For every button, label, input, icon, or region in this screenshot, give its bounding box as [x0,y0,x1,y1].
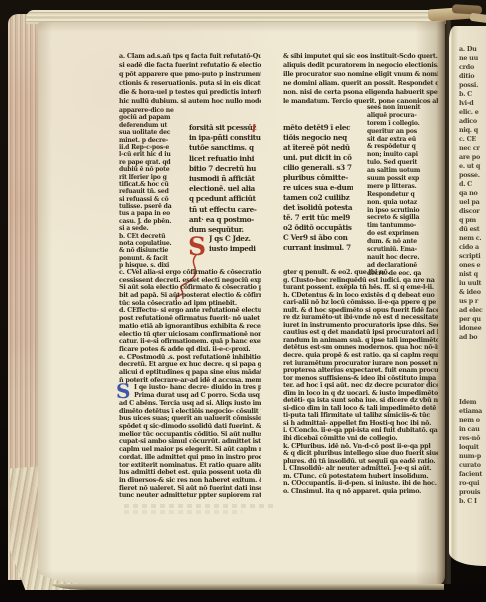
text-line: bit ad papā. Si aūt posterat electio & c… [119,292,261,300]
facing-page-text-top: a. Dune uucrdoditiopossi.b. Clvi-delic. … [459,45,486,342]
text-line: tutōe sanctims. q [189,143,261,153]
text-line: o2 ōditō occupātis [283,223,353,233]
text-line: dubiū ē nō pote [119,166,181,173]
text-line: alicui d eptitudines q papa sine eius mā… [119,369,261,377]
text-line: torem ī collegio. [367,120,431,128]
text-line: ones e [459,261,486,270]
text-line: randum in animam suā. q ipse tali impedi… [283,337,438,345]
text-line: plures. dū tñ insolidū. ut sequiī qa ead… [283,458,438,466]
text-line: rit lferier ipo g [119,174,181,181]
text-line: propterea alterius expectaret. fuit enam… [283,367,438,375]
text-line: iuret in instrumento procuratoris ipse d… [283,322,438,330]
text-line: etiama [459,407,486,416]
text-line: re dz iuramēto-ut ibi-vnde nō est d nece… [283,314,438,322]
text-line: num-p [459,452,486,461]
text-line: lvi-d [459,99,486,108]
text-line: tulo. Sed querit [367,159,431,167]
left-column-bottom-text-a: c. CVel alia-si ergo cōfirmatio & cōsecr… [119,269,261,384]
text-line: crdo [459,63,486,72]
text-line: tamen co2 cuilibz [283,193,353,203]
text-line: tus a papa in eo [119,210,181,217]
text-line: I qe iusto- hanc decre- diuido in tres p… [134,384,261,392]
text-line: ditio [459,72,486,81]
text-line: matio etiā ab ignorantibus exhibita & re… [119,323,261,331]
text-line: spōdet q sic-dimodo ssolidū dati fuerint… [119,423,261,431]
text-line: facient [459,470,486,479]
text-line: an saltim uotum [367,167,431,175]
text-line: b. C I [459,497,486,506]
text-line: aliquis dedit pcuratorem in negocio elec… [283,61,438,70]
text-line: bitio 7 decretū hu [189,164,261,174]
left-column-textus: forsitā sit pcessūzin ipa-pñti constitut… [189,123,261,235]
text-line: tim tantummo- [367,222,431,230]
right-column-textus: mēto detēt9 ī electiōis negocio neqat īt… [283,123,353,253]
text-line: & ideo [459,288,486,297]
text-line: cautius est q det mandatū ipsi procurato… [283,329,438,337]
left-column-bottom-text-indented: I qe iusto- hanc decre- diuido in tres p… [134,384,261,399]
text-line: electio tū qter uiciosam confirmationē n… [119,331,261,339]
text-line: tificat.& hoc cū [119,181,181,188]
left-column-textus-tail: J qs C Jdez.iusto impedi [209,234,263,254]
text-line: ne uu [459,54,486,63]
text-line: sees non inuenit [367,104,431,112]
text-line: ad elec [459,306,486,315]
right-column-bottom-text: gter q penult. & eo2. que ibi nō.g. CIus… [283,269,438,495]
text-line: cordat. ille admittet qui pmo in instro … [119,454,261,462]
text-line: b. C [459,90,486,99]
text-line: n. COccupantis. ii-d-pen. si iniuste. ib… [283,480,438,488]
text-line: c. CE [459,135,486,144]
text-line: us p r [459,297,486,306]
text-line: l-cū erit hic d iu [119,151,181,158]
text-line: melior tūc occupantis cōditio. Si aūt nu… [119,431,261,439]
text-line: nec cr [459,144,486,153]
text-line: tor menos suffisiens-& ideo ibi cōstitut… [283,375,438,383]
text-line: curato [459,461,486,470]
text-line: do est exprimen [367,230,431,238]
text-line: post refutationē ofirmatus fuerit- nō ua… [119,315,261,323]
text-line: tñ ut effectu care- [189,205,261,215]
text-line: deferendum ut [119,122,181,129]
text-line: tūc sola cōsecratio ad ipm ptinebit. [119,300,261,308]
text-line: qa no [459,189,486,198]
text-line: licet refuatio inhi [189,154,261,164]
text-line: tē. 7 erit tūc mel9 [283,213,353,223]
text-line: posse. [459,171,486,180]
text-line: q pm [459,216,486,225]
text-line: c. CVel alia-si ergo cōfirmatio & cōsecr… [119,269,261,277]
text-line: decretū. Et argue ex huc decre. q si pap… [119,361,261,369]
text-line: d. C [459,180,486,189]
text-line: si h admittaī- appellet fm Hosti-q hoc i… [283,420,438,428]
text-line: C Ver9 si ābo con [283,233,353,243]
text-line: in cau [459,425,486,434]
text-line: si-dico dīm in tali loco & tali impedimē… [283,405,438,413]
text-line: dīm in loco in q dz uocari. & iusto impe… [283,390,438,398]
text-line: suum possit exp [367,175,431,183]
text-line: & q dicit pluribus intellego siue duo fu… [283,450,438,458]
text-line: ficare potes & adde qd dixi. ii-e-c-prox… [119,346,261,354]
text-line: Si aūt sola electio cōfirmato & cōsecrat… [119,284,261,292]
text-line: nem c. [459,234,486,243]
text-line: casu. J. de pbēn. [119,218,181,225]
text-line: Respondetur q [367,191,431,199]
text-line: dū est [459,225,486,234]
text-line: dum. & nō ante [367,238,431,246]
text-line: ii.d Rep-c-pos-e [119,144,181,151]
right-column-top-text: & sibi imputet qui sic eos instituit-Scd… [283,52,438,106]
text-line: fieret nō ualeret. Si aūt nō fuerint dat… [119,485,261,493]
text-line: elic. e [459,108,486,117]
text-line: non. nisi de certa psona eligenda habuer… [283,88,438,97]
text-line: tiōis negocio neq [283,133,353,143]
text-line: loquit [459,443,486,452]
text-line: scripti [459,252,486,261]
text-line: iu uult [459,279,486,288]
text-line: bus uices suas; querit an ualuerit cōmis… [119,415,261,423]
text-line: a. Du [459,45,486,54]
text-line: & respōdetur q [367,143,431,151]
text-line: e. CPostmodū .s. post refutationē inhibi… [119,354,261,362]
text-line: are po [459,153,486,162]
text-line: e. ut q [459,162,486,171]
text-line: niq. q [459,126,486,135]
text-line: ti-puta tali Ifirmitate ul talibz simici… [283,412,438,420]
text-line: m. CTunc. cū potestatem hubert insolidum… [283,473,438,481]
text-line: pluribus cōmitte- [283,173,353,183]
text-line: iusmodi ñ afficiāt [189,174,261,184]
text-line: o. CInsimul. ita q nō apparet. quia prim… [283,488,438,496]
text-line: ter. ad hoc ī qsi aūt. nec dz decre pcur… [283,382,438,390]
text-line: hic nullū dubium. si autem hoc nullo mod… [119,97,261,106]
text-line: J qs C Jdez. [209,234,263,244]
text-line: ille procurator suo nomine eligit vnum &… [283,70,438,79]
text-line: nauit hoc decre. [367,254,431,262]
book-photo: a. CIam ad.s.añ tps q facta fuit refutat… [0,0,486,602]
text-line: mere p litteras. [367,183,431,191]
text-line: q pcedunt afficiūt [189,194,261,204]
text-line: Idem [459,398,486,407]
text-line: mēto detēt9 ī elec [283,123,353,133]
text-line: forsitā sit pcessūz [189,123,261,133]
text-line: possi. [459,81,486,90]
text-line: sit dar extra eū [367,136,431,144]
text-line: uel pa [459,198,486,207]
text-line: queritur an pos [367,128,431,136]
text-line: re uices sua e-dum [283,183,353,193]
left-column-bottom-text-b: ad C abēns. Tercia usq ad si. Aliqs iust… [119,400,261,500]
text-line: apparere-dico ne [119,107,181,114]
text-line: in diuersos-& sic res non haberet exitum… [119,477,261,485]
text-line: dimēto detētus ī electiōis negocio- cōsu… [119,408,261,416]
text-line: cessissent decreti. esset electī negociū… [119,277,261,285]
text-line: cilio generali. s3 7 [283,163,353,173]
text-line: l. CInsolidū- alr neuter admitteī. J-e-q… [283,465,438,473]
ink-show-through [124,510,242,514]
text-line: ne domini aliam. querit an possit. Respo… [283,79,438,88]
left-column-top-text: a. CIam ad.s.añ tps q facta fuit refutat… [119,52,261,106]
svg-text:S: S [188,232,206,261]
text-line: iusto impedi [209,244,263,254]
text-line: in ipa-pñti constitu [189,133,261,143]
facing-page-text-bottom: Idemetiamanem oin caures-nōloquitnum-pcu… [459,398,486,506]
text-line: a. CIam ad.s.añ tps q facta fuit refutat… [119,52,261,61]
text-line: ctionis & reseruationis. puta si in eis … [119,79,261,88]
torn-paper-edge [470,13,486,24]
text-line: re pape qrat. qd [119,159,181,166]
text-line: idonee [459,324,486,333]
text-line: discor [459,207,486,216]
text-line: cupat-si ambo simul cōcurrūt. admittet i… [119,438,261,446]
text-line: Prima durat usq ad C porro. Scda usq [134,392,261,400]
text-line: d. CEffectu- si ergo ante refutationē el… [119,307,261,315]
text-line: nist q [459,270,486,279]
text-line: tunc neuter admittetur ppter supiorem ra… [119,492,261,500]
text-line: at ītereē pōt nedū [283,143,353,153]
text-line: caplm uel maior ps elegerit. Si aūt capl… [119,446,261,454]
text-line: g. CIusto-hoc relinquēdū est iudici. qa … [283,277,438,285]
text-line: ret iuramētum procurator iurare non poss… [283,360,438,368]
text-line: minet. p decre- [119,137,181,144]
text-line: k. CPluribus. idē nō. Vn-d-cō post ii-e-… [283,443,438,451]
text-line: cari-alii nō bz locū cōmisso. ii-e-qa pp… [283,299,438,307]
text-line: sua uolitate dec [119,129,181,136]
lombard-initial-s: S [116,381,130,401]
text-line: ad C abēns. Tercia usq ad si. Aliqs iust… [119,400,261,408]
text-line: secreto & sigilla [367,214,431,222]
text-line: aliquē procura- [367,112,431,120]
text-line: nult. & d hoc spedimēto si opus fuerit f… [283,307,438,315]
left-page-bottom-edge [52,584,444,590]
text-line: h. CDetentus & in loco existēs d q debea… [283,292,438,300]
text-line: die & hora-uel p testes qui predictis in… [119,88,261,97]
text-line: nem o [459,416,486,425]
text-line: gter q penult. & eo2. que ibi nō. [283,269,438,277]
text-line: tulisse. pserē da [119,203,181,210]
text-line: ro-qui [459,479,486,488]
text-line: si refuassi & cō [119,196,181,203]
text-line: ad bo [459,333,486,342]
text-line: prouis [459,488,486,497]
text-line: adico [459,117,486,126]
text-line: det īsolidū potesta [283,203,353,213]
text-line: tor extiterit nominatus. Et ratio quare … [119,462,261,470]
text-line: detēti- qa ista sunt soba iue. si dicere… [283,397,438,405]
text-line: res-nō [459,434,486,443]
text-line: ibi dicebaī cōmitte vni de collegio. [283,435,438,443]
text-line: catur. ii-e-si ofirmationem. quā p hanc … [119,338,261,346]
text-line: per qu [459,315,486,324]
text-line: & sibi imputet qui sic eos instituit-Scd… [283,52,438,61]
text-line: gociū ad papam [119,114,181,121]
text-line: i. CConclo. ii-e-qa ppi-ista eni fuit du… [283,427,438,435]
text-line: scrutiniū. Ema- [367,246,431,254]
text-line: currant insimul. 7 [283,243,353,253]
text-line: non. quia uotaz [367,199,431,207]
text-line: decre. quia propē & est ratio. qa si cap… [283,352,438,360]
text-line: si eadē die facta fuerint refutatio & el… [119,61,261,70]
text-line: in ipso scrutinio [367,207,431,215]
text-line: lus admitti debet est. quia possent uota… [119,469,261,477]
text-line: non; inuito capi [367,151,431,159]
ink-show-through [124,504,274,508]
text-line: q pōt apparere que pmo-puto p instrument… [119,70,261,79]
text-line: electionē. uel alia [189,184,261,194]
text-line: detētus est-sm omnes modernos. qua hoc n… [283,344,438,352]
text-line: refuauit tñ. sed [119,188,181,195]
text-line: turant possent. exēpla tñ hēs. ff. si q … [283,284,438,292]
text-line: uni. put dicit in cō [283,153,353,163]
text-line: cido a [459,243,486,252]
text-line: ant· ea q postmo- [189,215,261,225]
right-column-gloss: sees non inuenitaliquē procura-torem ī c… [367,104,431,278]
